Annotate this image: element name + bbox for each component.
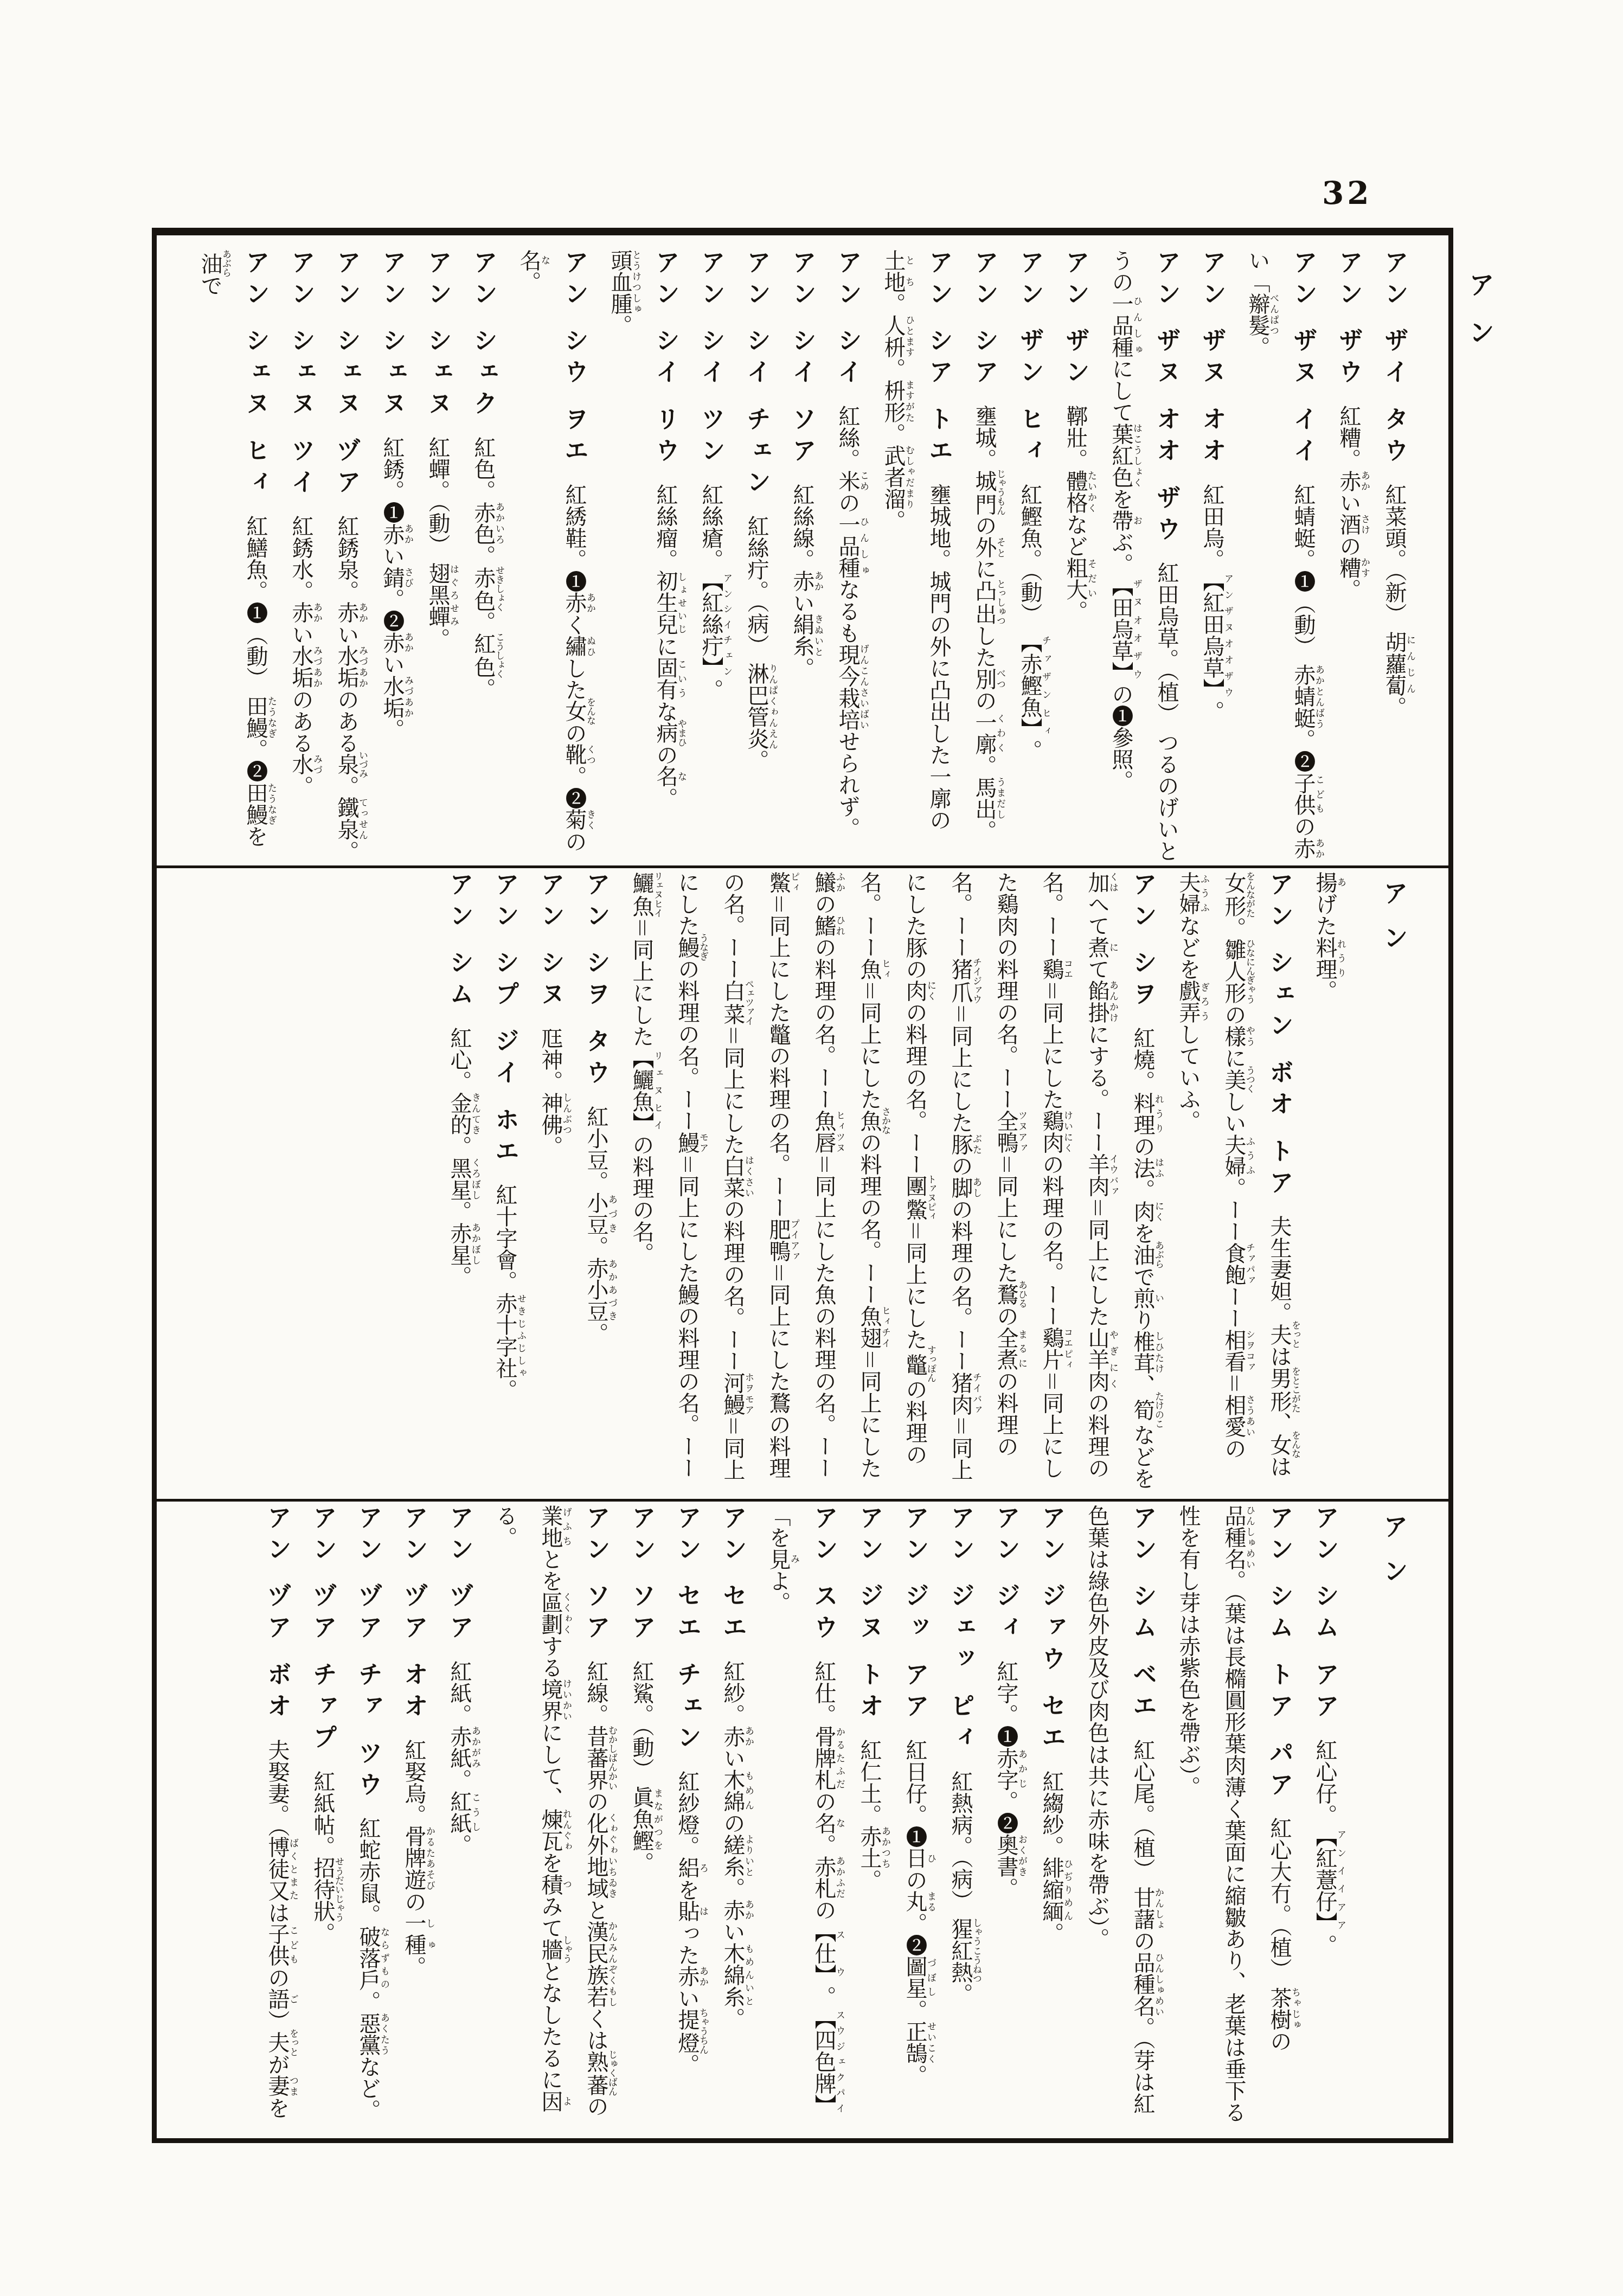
dict-entry: アン シェヌ ヒィ紅鱔魚。❶（動） 田鰻たうなぎ。❷田鰻たうなぎを油あぶらで [187, 249, 278, 862]
furigana-term: 鼈すっぽん [902, 1350, 927, 1378]
entry-body: 紅絲疔。（病） 淋巴管炎りんぱくゎんえん。 [744, 515, 769, 771]
entry-body: 紅字。❶赤字あかじ。❷奧書おくがき。 [993, 1660, 1018, 1899]
furigana-term: 料理れうり [1130, 1092, 1155, 1136]
dict-entry: アン シイ チェン紅絲疔。（病） 淋巴管炎りんぱくゎんえん。 [734, 249, 779, 862]
entry-headword-kana: アン シム トア パア [1256, 1505, 1302, 1803]
furigana-term: 【紅絲疔】アンシイチェン [698, 570, 723, 678]
furigana-term: 赤あか [380, 523, 405, 545]
furigana-term: 業地げふち [538, 1505, 563, 1548]
dict-entry: アン シヌ尫神。神佛しんぶつ。 [528, 871, 573, 1496]
dict-entry: アン ザイ タウ紅菜頭。（新） 胡蘿蔔にんじん。 [1371, 249, 1417, 862]
furigana-term: 馬出うまだし [972, 777, 997, 820]
furigana-term: 胡蘿蔔にんじん [1382, 631, 1407, 696]
page-number: 32 [1322, 175, 1372, 211]
furigana-term: 赤あか [380, 632, 405, 653]
dict-entry: アン シェン ボオ トア夫生妻妲。夫をっとは男形をとこがた、女をんなは女形をんな… [1165, 871, 1302, 1496]
furigana-term: 甘藷かんしょ [1130, 1887, 1155, 1930]
entry-body: 紅絲線。赤あかい絹糸きぬいと。 [790, 483, 814, 678]
furigana-term: 肥鴨プイアァ [766, 1218, 791, 1262]
entry-body: 紅仁土。赤土あかつち。 [857, 1739, 882, 1890]
entry-headword-kana: アン シム アア [1302, 1505, 1348, 1724]
furigana-term: 酒さけ [1336, 514, 1361, 535]
furigana-term: 一種しゅ [401, 1912, 426, 1955]
furigana-term: 體格たいかく [1063, 470, 1088, 514]
furigana-term: 粗大そだい [1063, 557, 1088, 600]
dict-entry: アン ヅア ボオ夫娶妻。（博徒又ばくとまたは子供こどもの語ご）夫をっとが妻つまを [254, 1505, 300, 2136]
dict-entry: アン シェヌ ヅア紅銹泉。赤あかい水垢みづあかのある泉いづみ。鐵泉てっせん。 [324, 249, 369, 862]
furigana-term: 子供こども [1291, 772, 1316, 816]
entry-headword-kana: アン シェヌ ツイ [278, 249, 324, 501]
furigana-term: 漢民族若かんみんぞくもし [583, 1921, 608, 2008]
furigana-term: 語ご [265, 1988, 290, 2010]
entry-headword-kana: アン シェヌ [415, 249, 460, 422]
entry-headword-kana: アン シア トエ [916, 249, 961, 469]
furigana-term: 一廓くわく [972, 711, 997, 755]
entry-body: 紅縐紗。緋縮緬ひぢりめん。 [1039, 1770, 1064, 1944]
furigana-term: 鰻モア [675, 1132, 700, 1153]
furigana-term: 提燈ちゃうちん [675, 2009, 700, 2054]
entry-headword-kana: アン シヌ [528, 871, 573, 1013]
entry-body: 紅鰹魚。（動） 【赤鰹魚】チァザンヒィ。 [1017, 483, 1042, 761]
furigana-term: 丸まる [902, 1890, 927, 1912]
furigana-term: 赤蜻蜓あかとんばう [1291, 664, 1316, 729]
furigana-term: 女をんな [562, 700, 587, 722]
furigana-term: 現今栽培げんこんさいばい [835, 644, 860, 730]
dict-entry: アン シェヌ ツイ紅銹水。赤あかい水垢みづあかのある水みづ。 [278, 249, 324, 862]
furigana-term: 招待狀せうだいじゃう [310, 1857, 335, 1922]
furigana-term: 泉いづみ [334, 753, 359, 775]
furigana-term: 相看シヲコァ [1221, 1329, 1246, 1373]
furigana-term: 水垢みづあか [288, 645, 313, 688]
furigana-term: 加くは [1085, 871, 1109, 893]
dict-entry: アン シム紅心。金的きんてき。黑星くろぼし。赤星あかぼし。 [437, 871, 482, 1496]
entry-headword-kana: アン ジヌ トオ [846, 1505, 892, 1724]
entry-body: 紅紗燈。絽ろを貼はった赤あかい提燈ちゃうちん。 [675, 1770, 700, 2075]
furigana-term: 子供こども [265, 1923, 290, 1966]
furigana-term: 鱺魚リェヌヒイ [629, 871, 654, 917]
entry-headword-kana: アン シイ [825, 249, 870, 391]
furigana-term: 名な [653, 765, 678, 787]
dict-entry: アン ヅア チァ ツウ紅蛇赤鼠。破落戶ならずもの。惡黨あくたうなど。 [345, 1505, 391, 2136]
dict-entry: アン ザヌ イイ紅蜻蜓。❶（動） 赤蜻蜓あかとんばう。❷子供こどもの赤あかい「辮… [1235, 249, 1326, 862]
entry-body: 紅十字會。赤十字社せきじふじしゃ。 [492, 1184, 517, 1401]
dict-entry: アン シム ベエ紅心尾。（植） 甘藷かんしょの品種名ひんしゅめい。（芽は紅色葉は… [1074, 1505, 1165, 2136]
entry-headword-kana: アン ジッ アア [892, 1505, 938, 1724]
entry-headword-kana: アン ソア [573, 1505, 619, 1646]
furigana-term: 煉瓦れんぐゎ [538, 1808, 563, 1852]
furigana-term: 赤字あかじ [993, 1747, 1018, 1791]
furigana-term: 【紅薏仔】アンイイアア [1312, 1825, 1337, 1934]
entry-headword-kana: アン セエ チェン [664, 1505, 710, 1756]
entry-body: 壅城。城門じゃうもんの外そとに凸出とっしゅつした別べつの一廓くわく。馬出うまだし… [972, 405, 997, 842]
furigana-term: 【田烏草】ザヌオオザウ [1108, 575, 1133, 683]
furigana-term: 赤あか [790, 570, 814, 592]
furigana-term: 煮に [1085, 937, 1109, 958]
entry-headword-kana: アン ヅア チァ ツウ [345, 1505, 391, 1803]
furigana-term: 鶩あひる [993, 1284, 1018, 1305]
furigana-term: 赤紙あかがみ [447, 1726, 472, 1769]
furigana-term: 山羊肉やぎにく [1085, 1327, 1109, 1392]
entry-body: 紅蟬。（動） 翅黑蟬はぐろせみ。 [425, 437, 450, 650]
furigana-term: 黑星くろぼし [447, 1157, 472, 1201]
furigana-term: 水垢みづあか [334, 645, 359, 688]
furigana-term: 神佛しんぶつ [538, 1092, 563, 1136]
entry-headword-kana: アン シプ ジイ ホエ [482, 871, 528, 1170]
entry-headword-kana: アン シム ベエ [1120, 1505, 1165, 1724]
furigana-term: 昔蕃界むかしばんかい [583, 1726, 608, 1791]
furigana-term: 城門じゃうもん [972, 470, 997, 515]
furigana-term: 夫婦ふうふ [1221, 1134, 1246, 1177]
furigana-term: 縒糸よりいと [720, 1834, 745, 1877]
furigana-term: 鱉ピィ [766, 871, 791, 893]
furigana-term: 繡ぬひ [562, 635, 587, 657]
furigana-term: 日ひ [902, 1847, 927, 1869]
furigana-term: 鷄コエ [1039, 958, 1064, 980]
furigana-term: 猪肉チイバァ [948, 1372, 973, 1415]
furigana-term: 辮髮べんぱつ [1245, 293, 1270, 336]
furigana-term: 白菜ペェツァイ [720, 980, 745, 1025]
dictionary-band-3: アンアン シム アア紅心仔。【紅薏仔】アンイイアア。アン シム トア パア紅心大… [157, 1505, 1448, 2136]
entry-headword-kana: アン シェヌ ヒィ [233, 249, 278, 501]
furigana-term: 脚あし [948, 1177, 973, 1198]
entry-headword-kana: アン シェヌ ヅア [324, 249, 369, 501]
furigana-term: 一品種ひんしゅ [1108, 293, 1133, 358]
entry-body: 紅菜頭。（新） 胡蘿蔔にんじん。 [1382, 483, 1407, 718]
furigana-term: 境界けいかい [538, 1678, 563, 1722]
dict-entry: アン スウ紅仕。骨牌札かるたふだの名な。赤札あかふだの【仕】スウ。【四色牌】スウ… [755, 1505, 846, 2136]
entry-body: 尫神。神佛しんぶつ。 [538, 1027, 563, 1157]
entry-headword-kana: アン ソア [619, 1505, 664, 1646]
entry-headword-kana: アン ヅア チァプ [300, 1505, 345, 1756]
dict-entry: アン ソア紅線。昔蕃界むかしばんかいの化外地域くゎぐゎいちゐきと漢民族若かんみん… [482, 1505, 619, 2136]
entry-body: 夫娶妻。（博徒又ばくとまたは子供こどもの語ご）夫をっとが妻つまを [265, 1739, 290, 2118]
furigana-term: 赤あか [1291, 837, 1316, 859]
dict-entry: アン セエ紅紗。赤あかい木綿もめんの縒糸よりいと。赤あかい木綿糸もめんいと。 [710, 1505, 755, 2136]
furigana-term: 靴くつ [562, 743, 587, 765]
furigana-term: 米こめ [835, 470, 860, 492]
furigana-term: 筍たけのこ [1130, 1396, 1155, 1424]
furigana-term: 帶お [1108, 510, 1133, 531]
furigana-term: 赤色せきしょく [471, 567, 496, 612]
dict-entry: アン シム トア パア紅心大冇。（植） 茶樹ちゃじゅの品種名ひんしゅめい。（葉は… [1165, 1505, 1302, 2136]
furigana-term: 淋巴管炎りんぱくゎんえん [744, 663, 769, 749]
dict-entry: アン ジァウ セエ紅縐紗。緋縮緬ひぢりめん。 [1029, 1505, 1074, 2136]
furigana-term: 眞魚鰹まながつを [629, 1786, 654, 1851]
furigana-term: 樣やう [1221, 1025, 1246, 1047]
entry-body: 紅田烏。【紅田烏草】アンザヌオオザウ。 [1199, 483, 1224, 722]
furigana-term: 女形をんながた [1221, 871, 1246, 917]
furigana-term: 肉にく [902, 980, 927, 1002]
furigana-term: 骨牌遊かるたあそび [401, 1825, 426, 1890]
furigana-term: 正鵠せいこく [902, 2021, 927, 2064]
furigana-term: 外そと [972, 536, 997, 558]
entry-headword-kana: アン シヲ [1120, 871, 1165, 1013]
furigana-term: 赤あか [288, 601, 313, 623]
entry-headword-kana: アン ザウ [1326, 249, 1371, 391]
entry-body: 紅絲。米こめの一品種ひんしゅなるも現今栽培げんこんさいばいせられず。 [835, 405, 860, 839]
entry-body: 紅紙。赤紙あかがみ。紅紙こうし。 [447, 1660, 472, 1856]
entry-headword-kana: アン ザン ヒィ [1007, 249, 1053, 469]
dict-entry: アン シェク紅色。赤色あかいろ。赤色せきしょく。紅色こうしょく。 [460, 249, 506, 862]
furigana-term: 魚唇ヒィツヌ [811, 1110, 836, 1153]
entry-body: 紅燒。料理れうりの法はふ。肉にくを油あぶらで煎いり椎茸しひたけ、筍たけのこなどを… [629, 871, 1155, 1489]
furigana-term: 赤土あかつち [857, 1825, 882, 1869]
furigana-term: 一品種ひんしゅ [835, 514, 860, 579]
entry-body: 紅小豆。小豆あづき。赤小豆あかあづき。 [583, 1105, 608, 1344]
furigana-term: 糟かす [1336, 557, 1361, 579]
furigana-term: 油あぶら [197, 249, 222, 274]
furigana-term: 凸出とっしゅつ [972, 580, 997, 625]
entry-headword-kana: アン ザン [1053, 249, 1098, 391]
entry-body: 紅心仔。【紅薏仔】アンイイアア。 [1312, 1739, 1337, 1955]
entry-body: 紅銹。❶赤あかい錆さび。❷赤あかい水垢みづあか。 [380, 437, 405, 740]
dict-entry: アン セエ チェン紅紗燈。絽ろを貼はった赤あかい提燈ちゃうちん。 [664, 1505, 710, 2136]
furigana-term: 煎い [1130, 1287, 1155, 1309]
furigana-term: 紅色こうしょく [471, 633, 496, 678]
furigana-term: 赤小豆あかあづき [583, 1257, 608, 1322]
furigana-term: 【四色牌】スウジェクパイ [811, 2008, 836, 2116]
furigana-term: 名な [811, 1812, 836, 1834]
furigana-term: 田鰻たうなぎ [243, 695, 268, 739]
entry-headword-kana: アン ヅア ボオ [254, 1505, 300, 1724]
dict-entry: アン シヲ タウ紅小豆。小豆あづき。赤小豆あかあづき。 [573, 871, 619, 1496]
dict-entry: アン ジッ アア紅日仔。❶日ひの丸まる。❷圖星づぼし。正鵠せいこく。 [892, 1505, 938, 2136]
dict-entry: アン ジヌ トオ紅仁土。赤土あかつち。 [846, 1505, 892, 2136]
dict-entry-continuation: 揚あげた料理れうり。 [1302, 871, 1348, 1496]
furigana-term: 牆しゃう [538, 1939, 563, 1960]
entry-headword-kana: アン シイ チェン [734, 249, 779, 501]
band-separator-2 [157, 1499, 1448, 1502]
furigana-term: 赤星あかぼし [447, 1222, 472, 1266]
furigana-term: 戲弄ぎろう [1176, 980, 1201, 1023]
furigana-term: 圖星づぼし [902, 1955, 927, 1999]
entry-headword-kana: アン シム [437, 871, 482, 1013]
dict-entry: アン シウ ヲエ紅綉鞋。❶赤あかく繡ぬひした女をんなの靴くつ。❷菊きくの名な。 [506, 249, 597, 862]
furigana-term: 赤札あかふだ [811, 1856, 836, 1899]
furigana-term: 翅黑蟬はぐろせみ [425, 562, 450, 627]
furigana-term: 全鴨ツヌアァ [993, 1110, 1018, 1153]
furigana-term: 鱶ふか [811, 871, 836, 893]
entry-body: 紅蛇赤鼠。破落戶ならずもの。惡黨あくたうなど。 [356, 1817, 381, 2121]
section-guide: アン [1371, 871, 1417, 1496]
entry-headword-kana: アン ザイ タウ [1371, 249, 1417, 469]
furigana-term: 美うつく [1221, 1069, 1246, 1091]
entry-body: 鞹壯。體格たいかくなど粗大そだい。 [1063, 405, 1088, 622]
furigana-term: 錆さび [380, 567, 405, 588]
dict-entry: アン ヅア オオ紅娶烏。骨牌遊かるたあそびの一種しゅ。 [391, 1505, 437, 2136]
entry-headword-kana: アン ジァウ セエ [1029, 1505, 1074, 1756]
furigana-term: 肉にく [1130, 1201, 1155, 1222]
furigana-term: 相愛さうあい [1221, 1394, 1246, 1438]
entry-headword-kana: アン シウ ヲエ [551, 249, 597, 469]
furigana-term: 羊肉イウバァ [1085, 1153, 1109, 1197]
entry-headword-kana: アン ザヌ オオ ザウ [1144, 249, 1189, 548]
furigana-term: 夫婦ふうふ [1176, 871, 1201, 915]
furigana-term: 水みづ [288, 753, 313, 775]
furigana-term: 鰭ひれ [811, 915, 836, 937]
furigana-term: 名な [516, 249, 541, 271]
furigana-term: 絽ろ [675, 1857, 700, 1878]
entry-headword-kana: アン シイ ソア [779, 249, 825, 469]
entry-headword-kana: アン ジィ [983, 1505, 1029, 1646]
furigana-term: 赤あか [720, 1899, 745, 1921]
furigana-term: 鐵泉てっせん [334, 797, 359, 840]
furigana-term: 鰻うなぎ [675, 937, 700, 958]
furigana-term: 頭血腫とうけつしゅ [607, 249, 632, 315]
entry-headword-kana: アン シェン ボオ トア [1256, 871, 1302, 1201]
band-separator-1 [157, 865, 1448, 868]
furigana-term: 魚ヒィ [857, 958, 882, 980]
dictionary-band-1: アン ザイ タウ紅菜頭。（新） 胡蘿蔔にんじん。アン ザウ紅糟。赤あかい酒さけの… [157, 249, 1448, 862]
furigana-term: 金的きんてき [447, 1092, 472, 1136]
furigana-term: 品種名ひんしゅめい [1221, 1505, 1246, 1570]
dict-entry: アン シェヌ紅蟬。（動） 翅黑蟬はぐろせみ。 [415, 249, 460, 862]
dict-entry: アン ソア紅鯊。（動） 眞魚鰹まながつを。 [619, 1505, 664, 2136]
furigana-term: 妻つま [265, 2075, 290, 2096]
furigana-term: 骨牌札かるたふだ [811, 1726, 836, 1791]
furigana-term: 豚ぶた [948, 1133, 973, 1155]
dict-entry: アン ヅア チァプ紅紙帖。招待狀せうだいじゃう。 [300, 1505, 345, 2136]
entry-body: 紅銹泉。赤あかい水垢みづあかのある泉いづみ。鐵泉てっせん。 [334, 515, 359, 862]
dict-entry: アン ジェッ ピィ紅熱病。（病） 猩紅熱しゃうこうねつ。 [938, 1505, 983, 2136]
entry-body: 紅紙帖。招待狀せうだいじゃう。 [310, 1770, 335, 1944]
dict-entry: アン シヲ紅燒。料理れうりの法はふ。肉にくを油あぶらで煎いり椎茸しひたけ、筍たけ… [619, 871, 1165, 1496]
furigana-term: 赤色あかいろ [471, 502, 496, 545]
dict-entry: アン シイ リウ紅絲瘤。初生兒しょせいじに固有こいうな病やまひの名な。頭血腫とう… [597, 249, 688, 862]
furigana-term: 病やまひ [653, 722, 678, 743]
furigana-term: 魚さかな [857, 1110, 882, 1132]
furigana-term: 人枡ひとます [881, 315, 906, 358]
furigana-term: 【紅田烏草】アンザヌオオザウ [1199, 570, 1224, 700]
furigana-term: 赤あか [334, 601, 359, 623]
furigana-term: 枡形ますがた [881, 380, 906, 423]
section-guide: アン [1371, 1505, 1417, 2136]
furigana-term: 見み [766, 1548, 791, 1570]
furigana-term: 因よ [538, 2090, 563, 2112]
entry-headword-kana: アン シェク [460, 249, 506, 422]
entry-body: 紅心。金的きんてき。黑星くろぼし。赤星あかぼし。 [447, 1027, 472, 1287]
furigana-term: 品種名ひんしゅめい [1130, 1952, 1155, 2017]
furigana-term: 猩紅熱しゃうこうねつ [948, 1918, 973, 1983]
entry-headword-kana: アン ヅア オオ [391, 1505, 437, 1724]
furigana-term: 菊きく [562, 809, 587, 830]
furigana-term: 食飽チァパァ [1221, 1242, 1246, 1286]
entry-body: 紅糟。赤あかい酒さけの糟かす。 [1336, 405, 1361, 600]
dict-entry: アン シイ紅絲。米こめの一品種ひんしゅなるも現今栽培げんこんさいばいせられず。 [825, 249, 870, 862]
entry-body: 紅紗。赤あかい木綿もめんの縒糸よりいと。赤あかい木綿糸もめんいと。 [720, 1660, 745, 2029]
furigana-term: 油あぶら [1130, 1244, 1155, 1266]
entry-headword-kana: アン シイ リウ [643, 249, 688, 469]
furigana-term: 水垢みづあか [380, 675, 405, 719]
entry-body: 紅鯊。（動） 眞魚鰹まながつを。 [629, 1660, 654, 1874]
furigana-term: 赤あか [1336, 470, 1361, 492]
entry-body: 紅色。赤色あかいろ。赤色せきしょく。紅色こうしょく。 [471, 437, 496, 700]
dict-entry: アン シア壅城。城門じゃうもんの外そとに凸出とっしゅつした別べつの一廓くわく。馬… [961, 249, 1007, 862]
furigana-term: 奧書おくがき [993, 1834, 1018, 1877]
dict-entry: アン ザヌ オオ ザウ紅田烏草。（植） つるのげいとうの一品種ひんしゅにして葉紅… [1098, 249, 1189, 862]
furigana-term: 猪爪チイジァウ [948, 958, 973, 1003]
dict-entry: アン ザヌ オオ紅田烏。【紅田烏草】アンザヌオオザウ。 [1189, 249, 1235, 862]
entry-headword-kana: アン ザヌ オオ [1189, 249, 1235, 469]
furigana-term: 【仕】スウ [811, 1921, 836, 1986]
furigana-term: 土地とち [881, 249, 906, 293]
dict-entry: アン シプ ジイ ホエ紅十字會。赤十字社せきじふじしゃ。 [482, 871, 528, 1496]
furigana-term: 團鱉トァヌピィ [902, 1175, 927, 1220]
entry-headword-kana: アン シェヌ [369, 249, 415, 422]
furigana-term: 貼は [675, 1900, 700, 1922]
furigana-term: 茶樹ちゃじゅ [1267, 1987, 1292, 2030]
furigana-term: 鷄肉けいにく [1039, 1110, 1064, 1153]
furigana-term: 全煮まるに [993, 1327, 1018, 1370]
dict-entry: アン シイ ツン紅絲瘡。【紅絲疔】アンシイチェン。 [688, 249, 734, 862]
furigana-term: 武者溜むしゃだまり [881, 445, 906, 510]
entry-body: 揚あげた料理れうり。 [1312, 871, 1337, 1002]
furigana-term: 赤あか [675, 1965, 700, 1987]
dict-entry: アン ザン ヒィ紅鰹魚。（動） 【赤鰹魚】チァザンヒィ。 [1007, 249, 1053, 862]
furigana-term: 【鱺魚】リェヌヒイ [629, 1047, 654, 1134]
furigana-term: 餡掛あんかけ [1085, 980, 1109, 1023]
furigana-term: 【赤鰹魚】チァザンヒィ [1017, 631, 1042, 740]
entry-headword-kana: アン ザヌ イイ [1280, 249, 1326, 469]
furigana-term: 緋縮緬ひぢりめん [1039, 1857, 1064, 1922]
furigana-term: 固有こいう [653, 657, 678, 700]
furigana-term: 雛人形ひなにんぎゃう [1221, 939, 1246, 1004]
furigana-term: 田鰻たうなぎ [243, 782, 268, 825]
entry-headword-kana: アン スウ [801, 1505, 846, 1646]
entry-body: 紅銹水。赤あかい水垢みづあかのある水みづ。 [288, 515, 313, 797]
furigana-term: 區劃くくゎく [538, 1592, 563, 1635]
furigana-term: 木綿もめん [720, 1769, 745, 1812]
furigana-term: 木綿糸もめんいと [720, 1942, 745, 2008]
furigana-term: 赤十字社せきじふじしゃ [492, 1292, 517, 1379]
dict-entry: アン シェヌ紅銹。❶赤あかい錆さび。❷赤あかい水垢みづあか。 [369, 249, 415, 862]
content-frame: アン ザイ タウ紅菜頭。（新） 胡蘿蔔にんじん。アン ザウ紅糟。赤あかい酒さけの… [152, 228, 1453, 2143]
entry-body: 紅日仔。❶日ひの丸まる。❷圖星づぼし。正鵠せいこく。 [902, 1739, 927, 2086]
entry-body: 紅熱病。（病） 猩紅熱しゃうこうねつ。 [948, 1770, 973, 2005]
furigana-term: 破落戶ならずもの [356, 1926, 381, 1991]
entry-headword-kana: アン ジェッ ピィ [938, 1505, 983, 1756]
dict-entry: アン ザン鞹壯。體格たいかくなど粗大そだい。 [1053, 249, 1098, 862]
furigana-term: 小豆あづき [583, 1192, 608, 1235]
furigana-term: 男形をとこがた [1267, 1367, 1292, 1412]
furigana-term: 博徒又ばくとまた [265, 1836, 290, 1901]
furigana-term: 法はふ [1130, 1157, 1155, 1179]
furigana-term: 揚あ [1312, 871, 1337, 893]
furigana-term: 熟蕃じゅくばん [583, 2051, 608, 2096]
furigana-term: 白菜はくさい [720, 1155, 745, 1198]
furigana-term: 赤あか [562, 592, 587, 613]
furigana-term: 赤あか [720, 1726, 745, 1747]
furigana-term: 葉紅色はこうしょく [1108, 423, 1133, 488]
furigana-term: 河鰻ホヲモア [720, 1372, 745, 1415]
furigana-term: 料理れうり [1312, 937, 1337, 980]
section-guide-margin: アン [1461, 271, 1498, 367]
entry-body: 紅娶烏。骨牌遊かるたあそびの一種しゅ。 [401, 1739, 426, 1977]
entry-body: 紅絲瘡。【紅絲疔】アンシイチェン。 [698, 483, 723, 700]
dict-entry: アン シア トエ壅城地。城門の外に凸出した一廓の土地とち。人枡ひとます。枡形ます… [870, 249, 961, 862]
furigana-term: 初生兒しょせいじ [653, 570, 678, 635]
dict-entry: アン ヅア紅紙。赤紙あかがみ。紅紙こうし。 [437, 1505, 482, 2136]
furigana-term: 積つ [538, 1874, 563, 1895]
furigana-term: 女をんな [1267, 1434, 1292, 1455]
furigana-term: 椎茸しひたけ [1130, 1331, 1155, 1374]
furigana-term: 紅紙こうし [447, 1791, 472, 1834]
furigana-term: 鷄片コエピィ [1039, 1327, 1064, 1370]
furigana-term: 化外地域くゎぐゎいちゐき [583, 1812, 608, 1899]
dictionary-band-2: アン揚あげた料理れうり。アン シェン ボオ トア夫生妻妲。夫をっとは男形をとこが… [157, 871, 1448, 1496]
entry-headword-kana: アン シア [961, 249, 1007, 391]
dict-entry: アン ジィ紅字。❶赤字あかじ。❷奧書おくがき。 [983, 1505, 1029, 2136]
